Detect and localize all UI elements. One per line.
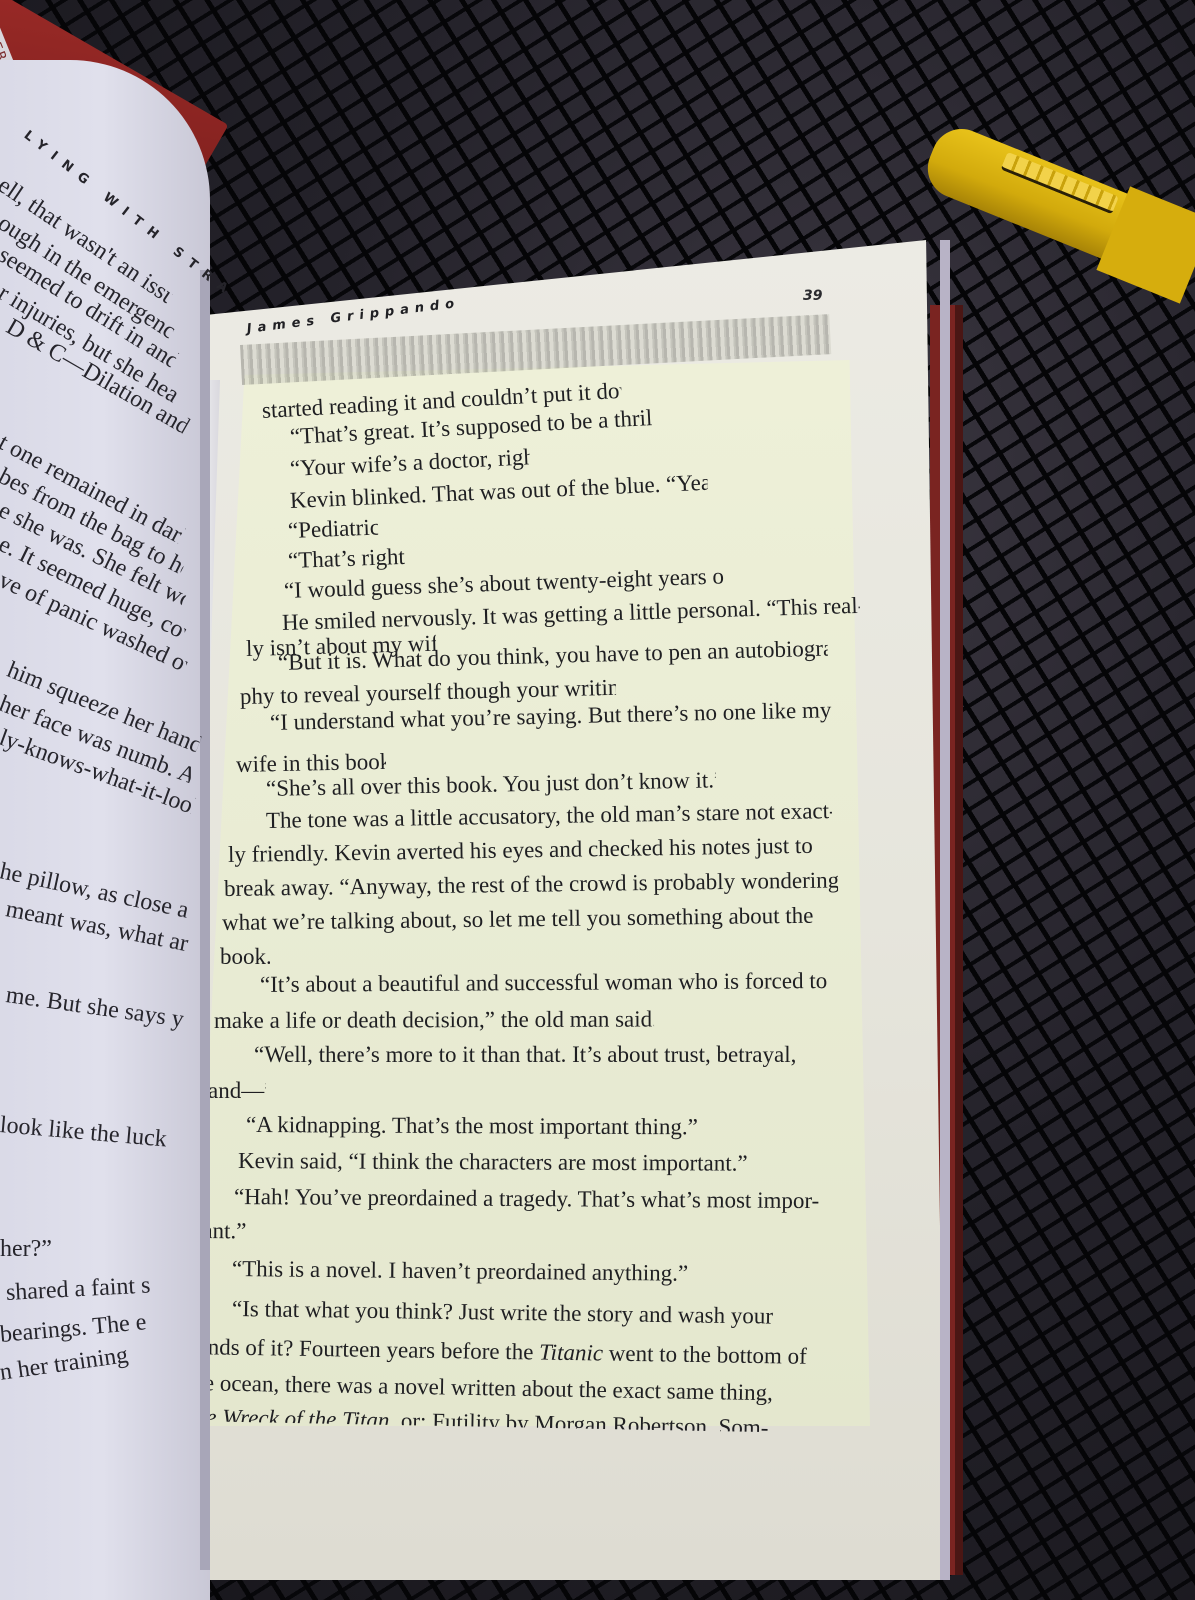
left-page-gutter [200,270,210,1570]
insert-line: book.” [220,944,270,970]
insert-line: “Well, there’s more to it than that. It’… [254,1042,886,1068]
insert-line: Kevin said, “I think the characters are … [238,1148,778,1177]
insert-line: “This is a novel. I haven’t preordained … [232,1256,726,1287]
insert-line: “A kidnapping. That’s the most important… [246,1112,726,1141]
page-number: 39 [803,288,822,304]
left-page-line: her?” [0,1236,52,1263]
insert-line: “Hah! You’ve preordained a tragedy. That… [234,1184,844,1214]
insert-line: and—” [208,1078,266,1104]
insert-line: “It’s about a beautiful and successful w… [260,968,838,998]
insert-line: “Pediatrics?” [288,515,379,544]
hardcover-edge [955,305,963,1575]
insert-line: make a life or death decision,” the old … [214,1006,654,1034]
page-edge [940,240,950,1580]
insert-line: “That’s right.” [288,544,407,574]
